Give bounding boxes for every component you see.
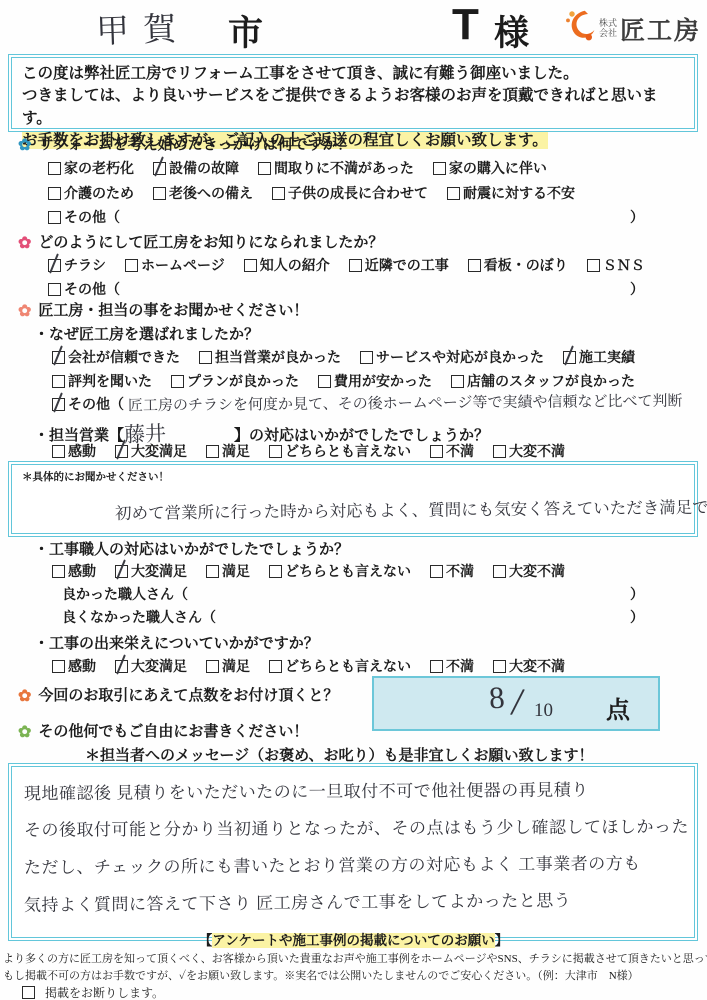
survey-option: 大変不満 (493, 656, 565, 676)
score-box[interactable]: 8 / 10 点 (372, 676, 660, 731)
q2-paren-close: ） (630, 279, 644, 299)
survey-option: 掲載をお断りします。 (22, 984, 164, 1000)
score-denominator-handwritten: 10 (534, 700, 553, 722)
survey-option: その他（ (48, 207, 120, 227)
survey-option: 感動 (52, 561, 96, 581)
checkbox-checked[interactable] (115, 660, 128, 673)
survey-option: 看板・のぼり (468, 255, 568, 275)
checkbox[interactable] (206, 565, 219, 578)
checkbox-checked[interactable] (52, 351, 65, 364)
survey-option: その他（ (52, 394, 124, 414)
survey-option: 満足 (206, 656, 250, 676)
option-label: 大変不満 (509, 656, 565, 676)
footer-title-highlight: アンケートや施工事例の掲載についてのお願い (212, 933, 494, 948)
option-label: 満足 (222, 441, 250, 461)
greeting-line2: つきましては、より良いサービスをご提供できるようお客様のお声を頂戴できればと思い… (22, 85, 684, 130)
option-label: 大変不満 (509, 441, 565, 461)
survey-option: サービスや対応が良かった (360, 347, 544, 367)
checkbox[interactable] (269, 565, 282, 578)
option-label: 大変満足 (131, 656, 187, 676)
good-worker-paren: ） (630, 584, 644, 604)
checkbox[interactable] (22, 986, 35, 999)
q3-why-row2: 評判を聞いたプランが良かった費用が安かった店舗のスタッフが良かった (52, 371, 654, 391)
survey-option: 老後への備え (153, 183, 253, 203)
survey-option: 不満 (430, 561, 474, 581)
free-comment-box[interactable]: 現地確認後 見積りをいただいたのに一旦取付不可で他社便器の再見積り その後取付可… (8, 763, 698, 941)
checkbox[interactable] (48, 211, 61, 224)
checkbox[interactable] (447, 187, 460, 200)
q1-options-row2: 介護のため老後への備え子供の成長に合わせて耐震に対する不安 (48, 183, 594, 203)
checkbox-checked[interactable] (48, 259, 61, 272)
option-label: チラシ (64, 255, 106, 275)
option-label: 大変満足 (131, 561, 187, 581)
survey-option: 子供の成長に合わせて (272, 183, 428, 203)
good-worker-label: 良かった職人さん（ (62, 584, 188, 604)
q3-result-title: ・工事の出来栄えについていかがですか？ (34, 632, 319, 653)
q3-why-title: ・なぜ匠工房を選ばれましたか？ (34, 323, 259, 344)
survey-option: 施工実績 (563, 347, 635, 367)
option-label: ホームページ (141, 255, 225, 275)
option-label: 不満 (446, 656, 474, 676)
comment-line-2: その後取付可能と分かり当初通りとなったが、その点はもう少し確認してほしかった (24, 808, 682, 848)
checkbox[interactable] (349, 259, 362, 272)
checkbox[interactable] (206, 445, 219, 458)
checkbox[interactable] (360, 351, 373, 364)
option-label: その他（ (68, 394, 124, 414)
survey-option: どちらとも言えない (269, 561, 411, 581)
q3-why-other-handwritten: 匠工房のチラシを何度か見て、その後ホームページ等で実績や信頼など比べて判断 (128, 390, 683, 416)
checkbox-checked[interactable] (153, 162, 166, 175)
checkbox[interactable] (430, 565, 443, 578)
survey-option: 感動 (52, 656, 96, 676)
q1-options-row1: 家の老朽化設備の故障間取りに不満があった家の購入に伴い (48, 158, 566, 178)
survey-option: 大変不満 (493, 441, 565, 461)
survey-option: どちらとも言えない (269, 441, 411, 461)
q3-title: ✿匠工房・担当の事をお聞かせください！ (18, 299, 308, 321)
option-label: 家の老朽化 (64, 158, 134, 178)
q3-sales-options: 感動大変満足満足どちらとも言えない不満大変不満 (52, 441, 584, 461)
q3-workers-good-row: 良かった職人さん（ (62, 584, 188, 604)
option-label: 会社が信頼できた (68, 347, 180, 367)
option-label: 満足 (222, 561, 250, 581)
flower-icon-blue: ✿ (18, 137, 31, 154)
checkbox[interactable] (52, 565, 65, 578)
survey-option: 介護のため (48, 183, 134, 203)
option-label: どちらとも言えない (285, 656, 411, 676)
option-label: 感動 (68, 441, 96, 461)
q3-title-text: 匠工房・担当の事をお聞かせください！ (38, 303, 308, 319)
option-label: 満足 (222, 656, 250, 676)
survey-option: 費用が安かった (318, 371, 432, 391)
option-label: 掲載をお断りします。 (45, 984, 164, 1000)
option-label: 施工実績 (579, 347, 635, 367)
survey-option: 家の老朽化 (48, 158, 134, 178)
customer-honorific: 様 (494, 6, 529, 56)
free-question-text: その他何でもご自由にお書きください！ (38, 724, 308, 740)
survey-option: 家の購入に伴い (433, 158, 547, 178)
checkbox[interactable] (258, 162, 271, 175)
specifics-handwritten: 初めて営業所に行った時から対応もよく、質問にも気安く答えていただき満足です。 (115, 494, 686, 524)
greeting-line1: この度は弊社匠工房でリフォーム工事をさせて頂き、誠に有難う御座いました。 (22, 63, 684, 85)
flower-icon-pink: ✿ (18, 235, 31, 252)
score-unit-label: 点 (606, 690, 630, 725)
checkbox[interactable] (48, 162, 61, 175)
checkbox[interactable] (493, 660, 506, 673)
free-question: ✿その他何でもご自由にお書きください！ (18, 720, 308, 742)
survey-option: 設備の故障 (153, 158, 239, 178)
checkbox[interactable] (244, 259, 257, 272)
city-suffix-label: 市 (228, 6, 263, 56)
option-label: 感動 (68, 656, 96, 676)
survey-option: 不満 (430, 656, 474, 676)
q1-title-text: リフォームを考え始めたきっかけは何ですか？ (38, 137, 352, 153)
option-label: 耐震に対する不安 (463, 183, 575, 203)
survey-option: どちらとも言えない (269, 656, 411, 676)
specifics-label: ＊具体的にお聞かせください！ (22, 469, 686, 484)
survey-option: 大変満足 (115, 441, 187, 461)
checkbox[interactable] (272, 187, 285, 200)
q1-title: ✿リフォームを考え始めたきっかけは何ですか？ (18, 133, 353, 155)
logo-swirl-icon (564, 8, 596, 49)
footer-line1: より多くの方に匠工房を知って頂くべく、お客様から頂いた貴重なお声や施工事例をホー… (3, 950, 705, 966)
flower-icon-coral: ✿ (18, 303, 31, 320)
survey-option: 大変満足 (115, 656, 187, 676)
q2-title: ✿どのようにして匠工房をお知りになられましたか？ (18, 231, 383, 253)
q3-workers-bad-row: 良くなかった職人さん（ (62, 607, 216, 627)
city-name-handwritten: 甲賀 (95, 2, 191, 52)
survey-option: 満足 (206, 441, 250, 461)
checkbox-checked[interactable] (115, 565, 128, 578)
option-label: 費用が安かった (334, 371, 432, 391)
survey-option: 満足 (206, 561, 250, 581)
footer-line2: もし掲載不可の方はお手数ですが、✓をお願い致します。※実名では公開いたしませんの… (3, 967, 705, 983)
checkbox[interactable] (587, 259, 600, 272)
option-label: 不満 (446, 561, 474, 581)
option-label: 老後への備え (169, 183, 253, 203)
checkbox[interactable] (199, 351, 212, 364)
option-label: 近隣での工事 (365, 255, 449, 275)
q2-options-row2: その他（ (48, 279, 139, 299)
option-label: ＳＮＳ (603, 255, 645, 275)
checkbox[interactable] (52, 445, 65, 458)
flower-icon-green: ✿ (18, 724, 31, 741)
q2-options-row1: チラシホームページ知人の紹介近隣での工事看板・のぼりＳＮＳ (48, 255, 664, 275)
checkbox-checked[interactable] (563, 351, 576, 364)
option-label: 介護のため (64, 183, 134, 203)
checkbox[interactable] (171, 375, 184, 388)
checkbox-checked[interactable] (115, 445, 128, 458)
checkbox[interactable] (451, 375, 464, 388)
decline-publication-row: 掲載をお断りします。 (22, 984, 183, 1000)
checkbox[interactable] (153, 187, 166, 200)
checkbox[interactable] (269, 660, 282, 673)
checkbox[interactable] (125, 259, 138, 272)
q3-why-row1: 会社が信頼できた担当営業が良かったサービスや対応が良かった施工実績 (52, 347, 654, 367)
form-header: 甲賀 市 T 様 株式 会社 匠工房 (0, 0, 707, 52)
option-label: 大変満足 (131, 441, 187, 461)
survey-option: 大変不満 (493, 561, 565, 581)
score-numerator-handwritten: 8 (488, 680, 506, 717)
option-label: 知人の紹介 (260, 255, 330, 275)
option-label: どちらとも言えない (285, 441, 411, 461)
greeting-box: この度は弊社匠工房でリフォーム工事をさせて頂き、誠に有難う御座いました。 つきま… (8, 54, 698, 132)
option-label: 大変不満 (509, 561, 565, 581)
option-label: プランが良かった (187, 371, 299, 391)
logo-sub2: 会社 (599, 29, 617, 39)
survey-option: 評判を聞いた (52, 371, 152, 391)
footer-title: 【アンケートや施工事例の掲載についてのお願い】 (0, 929, 707, 949)
survey-option: 感動 (52, 441, 96, 461)
option-label: 評判を聞いた (68, 371, 152, 391)
option-label: 子供の成長に合わせて (288, 183, 428, 203)
message-note: ＊担当者へのメッセージ（お褒め、お叱り）も是非宜しくお願い致します！ (85, 744, 707, 765)
comment-line-4: 気持よく質問に答えて下さり 匠工房さんで工事をしてよかったと思う (24, 881, 682, 924)
survey-option: その他（ (48, 279, 120, 299)
checkbox[interactable] (52, 660, 65, 673)
q1-options-row3: その他（ (48, 207, 139, 227)
bad-worker-paren: ） (630, 607, 644, 627)
survey-option: 近隣での工事 (349, 255, 449, 275)
q1-paren-close: ） (630, 207, 644, 227)
option-label: 間取りに不満があった (274, 158, 414, 178)
q3-result-options: 感動大変満足満足どちらとも言えない不満大変不満 (52, 656, 584, 676)
checkbox[interactable] (52, 375, 65, 388)
option-label: 担当営業が良かった (215, 347, 341, 367)
survey-option: 間取りに不満があった (258, 158, 414, 178)
option-label: その他（ (64, 279, 120, 299)
checkbox[interactable] (430, 445, 443, 458)
bad-worker-label: 良くなかった職人さん（ (62, 607, 216, 627)
q3-workers-options: 感動大変満足満足どちらとも言えない不満大変不満 (52, 561, 584, 581)
flower-icon-orange: ✿ (18, 688, 31, 705)
option-label: その他（ (64, 207, 120, 227)
logo-company-type: 株式 会社 (599, 19, 617, 39)
option-label: 感動 (68, 561, 96, 581)
q3-workers-title: ・工事職人の対応はいかがでしたでしょうか？ (34, 538, 349, 559)
survey-option: ホームページ (125, 255, 225, 275)
footer-bracket-left: 【 (199, 933, 213, 948)
option-label: 看板・のぼり (484, 255, 568, 275)
option-label: 設備の故障 (169, 158, 239, 178)
survey-form-page: 甲賀 市 T 様 株式 会社 匠工房 この度は弊社匠工房でリフォーム工事をさせて… (0, 0, 707, 1000)
option-label: サービスや対応が良かった (376, 347, 544, 367)
customer-initial: T (452, 0, 479, 50)
survey-option: ＳＮＳ (587, 255, 645, 275)
footer-bracket-right: 】 (495, 933, 509, 948)
checkbox[interactable] (468, 259, 481, 272)
checkbox[interactable] (430, 660, 443, 673)
survey-option: 知人の紹介 (244, 255, 330, 275)
checkbox[interactable] (269, 445, 282, 458)
option-label: 不満 (446, 441, 474, 461)
survey-option: 店舗のスタッフが良かった (451, 371, 635, 391)
specifics-box: ＊具体的にお聞かせください！ 初めて営業所に行った時から対応もよく、質問にも気安… (8, 461, 698, 537)
survey-option: 耐震に対する不安 (447, 183, 575, 203)
checkbox[interactable] (318, 375, 331, 388)
option-label: 家の購入に伴い (449, 158, 547, 178)
score-question: ✿今回のお取引にあえて点数をお付け頂くと？ (18, 684, 338, 706)
survey-option: 不満 (430, 441, 474, 461)
score-question-text: 今回のお取引にあえて点数をお付け頂くと？ (38, 688, 338, 704)
checkbox[interactable] (493, 565, 506, 578)
survey-option: 大変満足 (115, 561, 187, 581)
option-label: どちらとも言えない (285, 561, 411, 581)
option-label: 店舗のスタッフが良かった (467, 371, 635, 391)
score-slash-handwritten: / (509, 677, 527, 725)
checkbox[interactable] (493, 445, 506, 458)
survey-option: プランが良かった (171, 371, 299, 391)
checkbox[interactable] (48, 283, 61, 296)
checkbox[interactable] (48, 187, 61, 200)
comment-line-1: 現地確認後 見積りをいただいたのに一旦取付不可で他社便器の再見積り (24, 771, 682, 813)
checkbox[interactable] (206, 660, 219, 673)
survey-option: 担当営業が良かった (199, 347, 341, 367)
company-logo: 株式 会社 匠工房 (564, 8, 701, 49)
q2-title-text: どのようにして匠工房をお知りになられましたか？ (38, 235, 383, 251)
survey-option: チラシ (48, 255, 106, 275)
survey-option: 会社が信頼できた (52, 347, 180, 367)
checkbox[interactable] (433, 162, 446, 175)
logo-company-name: 匠工房 (620, 11, 701, 47)
checkbox-checked[interactable] (52, 398, 65, 411)
comment-line-3: ただし、チェックの所にも書いたとおり営業の方の対応もよく 工事業者の方も (24, 845, 682, 887)
